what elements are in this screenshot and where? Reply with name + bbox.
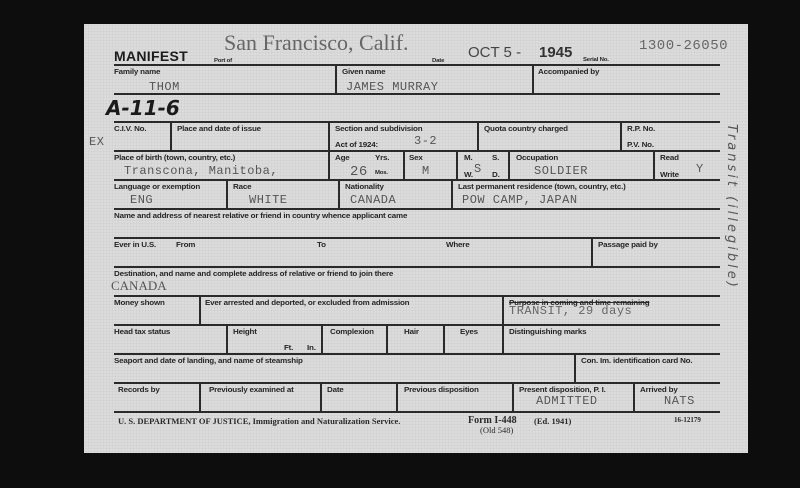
marital-s-label: S.: [492, 153, 499, 162]
age-label: Age: [335, 153, 350, 162]
arrived-by-label: Arrived by: [640, 385, 678, 394]
nationality-value: CANADA: [350, 193, 396, 207]
read-label: Read: [660, 153, 679, 162]
previously-examined-label: Previously examined at: [209, 385, 294, 394]
marital-m-label: M.: [464, 153, 473, 162]
height-label: Height: [233, 327, 257, 336]
read-write-value: Y: [696, 162, 704, 176]
family-name-value: THOM: [149, 80, 180, 94]
port-label: Port of: [214, 58, 232, 64]
date-label: Date: [432, 58, 444, 64]
marital-value: S: [474, 162, 482, 176]
age-value: 26: [350, 164, 368, 180]
family-name-label: Family name: [114, 67, 160, 76]
footer-old-no: (Old 548): [480, 425, 513, 435]
money-shown-label: Money shown: [114, 298, 165, 307]
ever-in-us-label: Ever in U.S.: [114, 240, 156, 249]
arrived-by-value: NATS: [664, 394, 695, 408]
occupation-value: SOLDIER: [534, 164, 588, 178]
given-name-value: JAMES MURRAY: [346, 80, 438, 94]
serial-label: Serial No.: [583, 57, 609, 63]
rp-no-label: R.P. No.: [627, 124, 655, 133]
place-of-birth-value: Transcona, Manitoba,: [124, 164, 278, 178]
distinguishing-marks-label: Distinguishing marks: [509, 327, 586, 336]
act-1924-label: Act of 1924:: [335, 140, 378, 149]
ever-in-us-to-label: To: [317, 240, 326, 249]
seaport-label: Seaport and date of landing, and name of…: [114, 356, 303, 365]
nearest-relative-label: Name and address of nearest relative or …: [114, 211, 407, 220]
section-label: Section and subdivision: [335, 124, 422, 133]
given-name-label: Given name: [342, 67, 385, 76]
nationality-label: Nationality: [345, 182, 384, 191]
footer-agency: U. S. DEPARTMENT OF JUSTICE, Immigration…: [118, 416, 400, 426]
race-label: Race: [233, 182, 251, 191]
ever-in-us-where-label: Where: [446, 240, 469, 249]
place-of-birth-label: Place of birth (town, country, etc.): [114, 153, 235, 162]
sex-label: Sex: [409, 153, 423, 162]
hair-label: Hair: [404, 327, 419, 336]
occupation-label: Occupation: [516, 153, 558, 162]
footer-edition: (Ed. 1941): [534, 416, 571, 426]
manifest-card: MANIFEST Port of San Francisco, Calif. D…: [84, 24, 748, 453]
date2-label: Date: [327, 385, 344, 394]
date-value-year: 1945: [539, 44, 572, 61]
civ-no-label: C.I.V. No.: [114, 124, 146, 133]
destination-value: CANADA: [111, 278, 167, 294]
age-mos-label: Mos.: [375, 170, 388, 176]
height-in-label: In.: [307, 343, 316, 352]
footer-print-code: 16-12179: [674, 416, 701, 424]
last-residence-value: POW CAMP, JAPAN: [462, 193, 578, 207]
language-value: ENG: [130, 193, 153, 207]
marital-w-label: W.: [464, 170, 473, 179]
marital-d-label: D.: [492, 170, 500, 179]
present-disposition-value: ADMITTED: [536, 394, 598, 408]
head-tax-label: Head tax status: [114, 327, 170, 336]
date-value-month-day: OCT 5 -: [468, 44, 521, 61]
ever-arrested-label: Ever arrested and deported, or excluded …: [205, 298, 409, 307]
civ-no-value: EX: [89, 135, 104, 149]
file-number-handwritten: A-11-6: [106, 96, 180, 120]
purpose-value: TRANSIT, 29 days: [509, 304, 632, 318]
section-value: 3-2: [414, 134, 437, 148]
sex-value: M: [422, 164, 430, 178]
previous-disposition-label: Previous disposition: [404, 385, 479, 394]
accompanied-by-label: Accompanied by: [538, 67, 599, 76]
pv-no-label: P.V. No.: [627, 140, 654, 149]
place-date-issue-label: Place and date of issue: [177, 124, 261, 133]
passage-paid-label: Passage paid by: [598, 240, 658, 249]
complexion-label: Complexion: [330, 327, 374, 336]
form-title: MANIFEST: [114, 48, 188, 64]
age-yrs-label: Yrs.: [375, 153, 389, 162]
present-disposition-label: Present disposition, P. I.: [519, 385, 606, 394]
race-value: WHITE: [249, 193, 288, 207]
language-label: Language or exemption: [114, 182, 200, 191]
last-residence-label: Last permanent residence (town, country,…: [458, 182, 626, 191]
eyes-label: Eyes: [460, 327, 478, 336]
destination-label: Destination, and name and complete addre…: [114, 269, 393, 278]
serial-value: 1300-26050: [639, 38, 728, 54]
height-ft-label: Ft.: [284, 343, 293, 352]
port-value: San Francisco, Calif.: [224, 30, 409, 56]
con-im-card-label: Con. Im. identification card No.: [581, 356, 692, 365]
margin-handwriting: Transit (illegible): [724, 124, 739, 364]
ever-in-us-from-label: From: [176, 240, 195, 249]
write-label: Write: [660, 170, 679, 179]
quota-country-label: Quota country charged: [484, 124, 568, 133]
records-by-label: Records by: [118, 385, 160, 394]
